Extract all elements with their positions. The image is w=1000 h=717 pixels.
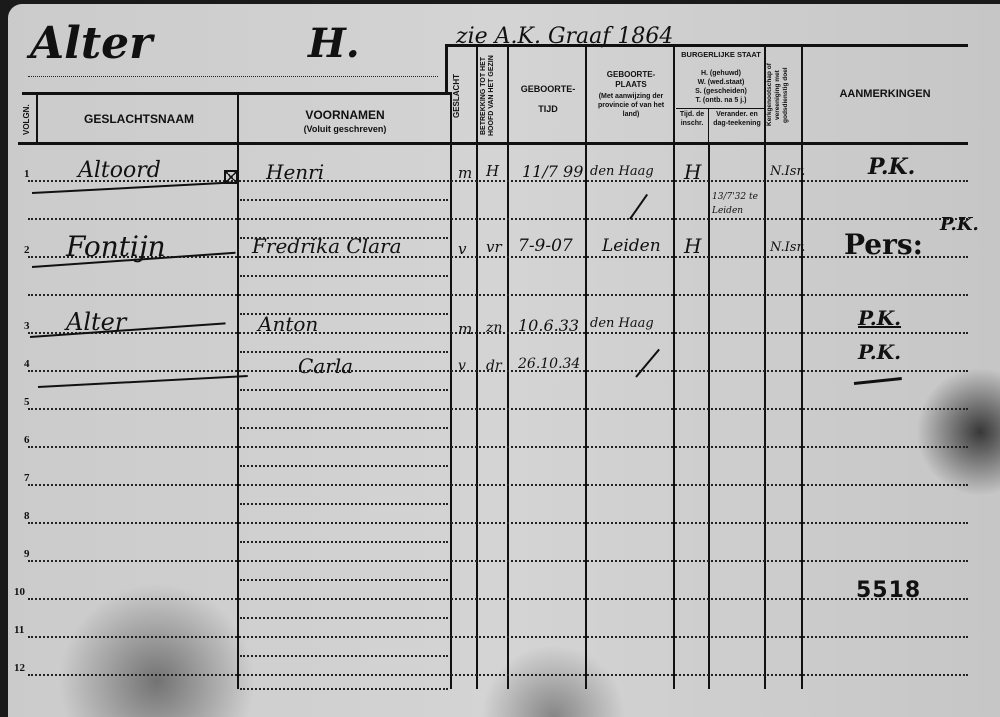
row2-civil-time: H [684,234,701,258]
header-bs-verander: Verander. en dag-teekening [710,110,764,128]
row1-birthdate: 11/7 99 [522,162,583,181]
row-number: 5 [24,396,30,408]
header-geslacht: GESLACHT [452,52,474,140]
col-line-volgno [36,94,38,144]
header-kerkgenootschap: Kerkgenootschap of vereeniging met godsd… [766,50,800,140]
header-bottom-line [18,142,968,145]
card-initial: H. [308,20,360,67]
pers-stamp: Pers: [844,228,923,261]
row-number: 1 [24,168,30,180]
row1-sex: m [458,164,472,182]
half-line-3 [240,275,448,277]
row2-remarks: P.K. [940,214,979,235]
half-line-6 [240,389,448,391]
row1-birthplace: den Haag [590,164,654,179]
header-bs-h: H. (gehuwd) [676,70,766,77]
header-step-line [445,44,448,94]
half-line-1 [240,199,448,201]
half-line-7 [240,427,448,429]
bs-sub-divider [708,108,709,142]
header-top-line-right [445,44,968,47]
ditto-slash [635,349,660,378]
header-geslachtsnaam: GESLACHTSNAAM [42,112,236,126]
header-geboortetijd-2: TIJD [510,104,586,114]
row2-birthplace: Leiden [602,236,661,256]
row2-religion: N.Isr. [770,240,805,255]
header-voornamen-sub: (Voluit geschreven) [240,124,450,134]
row-line-10 [28,522,968,524]
col-line-geslacht [476,44,478,689]
row-number: 7 [24,472,30,484]
row3-birthplace: den Haag [590,316,654,331]
row-number: 3 [24,320,30,332]
row-line-1 [28,180,968,182]
header-bs-t: T. (ontb. na 5 j.) [676,97,766,104]
row-number: 6 [24,434,30,446]
half-line-10 [240,541,448,543]
header-geboorteplaats-sub: (Met aanwijzing der provincie of van het… [590,92,672,119]
header-geboortetijd-1: GEBOORTE- [510,84,586,94]
half-line-8 [240,465,448,467]
col-line-geboortetijd [585,44,587,689]
row-line-7 [28,408,968,410]
title-dotted-line [28,76,438,77]
row3-birthdate: 10.6.33 [518,316,579,335]
header-bs-s: S. (gescheiden) [676,88,766,95]
ditto-slash [629,194,648,220]
header-geboorteplaats-1: GEBOORTE- [588,70,674,79]
row2-relation: vr [486,238,502,256]
col-line-kerkgenootschap [801,44,803,689]
row4-relation: dr [486,358,502,374]
row-number: 12 [14,662,25,674]
row-line-4 [28,294,968,296]
row-line-11 [28,560,968,562]
col-line-bs-tijd [708,142,710,689]
row-number: 10 [14,586,25,598]
header-betrekking: BETREKKING TOT HET HOOFD VAN HET GEZIN [480,52,508,140]
half-line-9 [240,503,448,505]
row1-relation: H [486,162,499,180]
row2-given: Fredrika Clara [252,234,402,258]
half-line-12 [240,617,448,619]
row2-sex: v [458,240,466,258]
row4-remarks-underline [854,377,902,385]
row-line-13 [28,636,968,638]
row3-given: Anton [258,312,318,336]
half-line-5 [240,351,448,353]
header-volgno: VOLGN. [22,100,36,140]
row-number: 2 [24,244,30,256]
row-number: 4 [24,358,30,370]
row-number: 11 [14,624,24,636]
row2-birthdate: 7-9-07 [518,236,573,256]
half-line-13 [240,655,448,657]
row4-surname-strike [38,375,248,388]
half-line-14 [240,688,448,690]
header-bs-tijd: Tijd. de inschr. [676,110,708,128]
row3-sex: m [458,320,472,338]
row-line-2 [28,218,968,220]
header-aanmerkingen: AANMERKINGEN [802,88,968,100]
col-line-geboorteplaats [673,44,675,689]
row-number: 8 [24,510,30,522]
row1-given: Henri [266,160,324,184]
col-line-burgerlijke-staat [764,44,766,689]
row-line-8 [28,446,968,448]
row-line-12 [28,598,968,600]
row1-surname-strike [32,182,232,194]
row3-relation: zn [486,320,502,336]
row3-remarks: P.K. [858,306,901,330]
row1-remarks: P.K. [868,154,915,180]
row1-civil-change: 13/7'32 te Leiden [712,190,762,218]
header-bs-w: W. (wed.staat) [676,79,766,86]
row1-civil-time: H [684,160,701,184]
row4-sex: v [458,358,466,374]
row-line-14 [28,674,968,676]
card-surname: Alter [30,18,152,69]
header-geboorteplaats-2: PLAATS [588,80,674,89]
half-line-11 [240,579,448,581]
row-line-9 [28,484,968,486]
row3-surname-strike [30,322,226,338]
bs-divider [676,108,764,109]
row1-surname: Altoord [78,158,161,183]
header-burgerlijke-staat: BURGERLIJKE STAAT [676,50,766,59]
row1-religion: N.Isr. [770,164,805,179]
row4-remarks: P.K. [858,340,901,364]
row4-given: Carla [298,354,353,378]
row-number: 9 [24,548,30,560]
registration-card: Alter H. zie A.K. Graaf 1864 VOLGN. GESL… [8,4,1000,717]
col-line-betrekking [507,44,509,689]
header-voornamen: VOORNAMEN [240,108,450,122]
card-number: 5518 [856,578,921,603]
row4-birthdate: 26.10.34 [518,356,580,372]
